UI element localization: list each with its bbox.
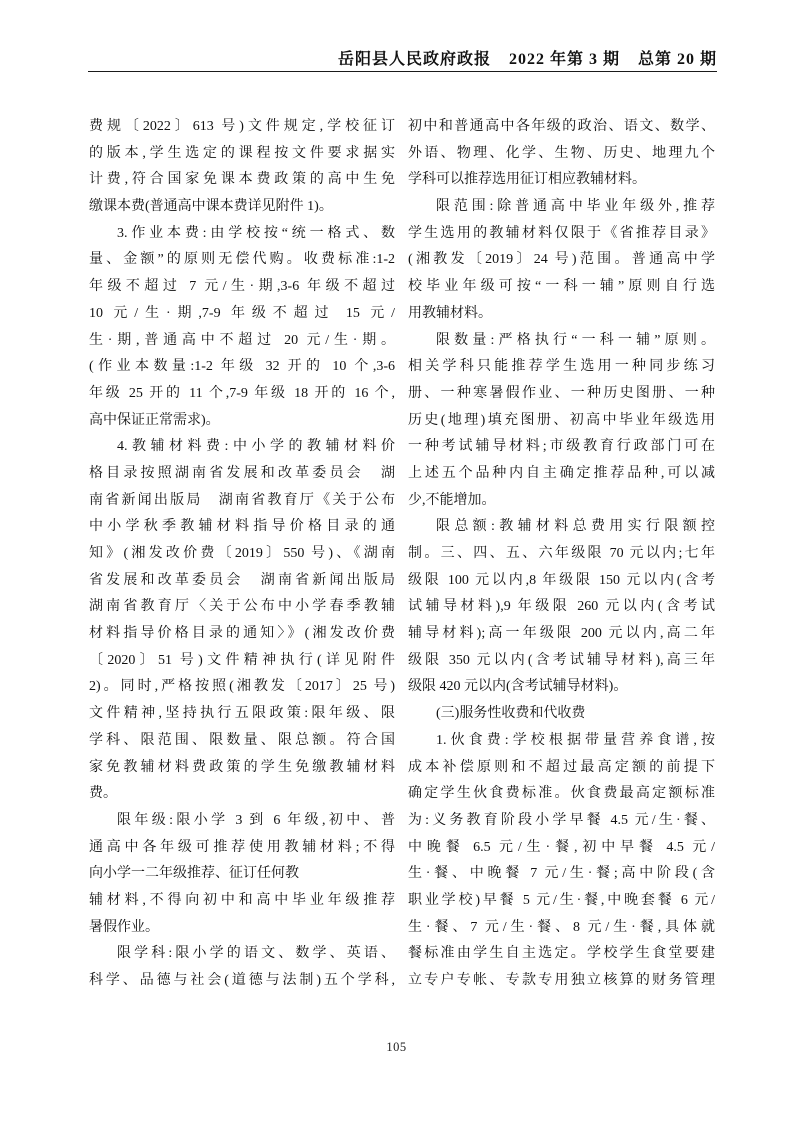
text-line: 制。三、四、五、六年级限 70 元以内;七年	[408, 541, 715, 568]
text-line: (作业本数量:1-2 年级 32 开的 10 个,3-6	[89, 354, 395, 381]
text-line: 学科、限范围、限数量、限总额。符合国	[89, 728, 395, 755]
text-line: 一种考试辅导材料;市级教育行政部门可在	[408, 434, 715, 461]
text-line: 历史(地理)填充图册、初高中毕业年级选用	[408, 408, 715, 435]
text-line: 限数量:严格执行“一科一辅”原则。	[408, 328, 715, 355]
text-line: 家免教辅材料费政策的学生免缴教辅材料	[89, 755, 395, 782]
text-line: 学科可以推荐选用征订相应教辅材料。	[408, 167, 715, 194]
text-line: 少,不能增加。	[408, 488, 715, 515]
text-line: 用教辅材料。	[408, 301, 715, 328]
text-line: 科学、品德与社会(道德与法制)五个学科,	[89, 968, 395, 995]
text-line: 省发展和改革委员会 湖南省新闻出版局	[89, 568, 395, 595]
text-line: 级限 100 元以内,8 年级限 150 元以内(含考	[408, 568, 715, 595]
text-line: 册、一种寒暑假作业、一种历史图册、一种	[408, 381, 715, 408]
header-issue: 2022 年第 3 期	[509, 51, 620, 68]
text-line: 计费,符合国家免课本费政策的高中生免	[89, 167, 395, 194]
text-line: 限年级:限小学 3 到 6 年级,初中、普	[89, 808, 395, 835]
left-column: 费规〔2022〕613 号)文件规定,学校征订的版本,学生选定的课程按文件要求据…	[89, 114, 395, 995]
header-total-issue: 总第 20 期	[638, 51, 717, 68]
text-line: 文件精神,坚持执行五限政策:限年级、限	[89, 701, 395, 728]
text-line: 辅材料,不得向初中和高中毕业年级推荐	[89, 888, 395, 915]
text-line: 试辅导材料),9 年级限 260 元以内(含考试	[408, 594, 715, 621]
text-line: 年级 25 开的 11 个,7-9 年级 18 开的 16 个,	[89, 381, 395, 408]
text-line: 1.伙食费:学校根据带量营养食谱,按	[408, 728, 715, 755]
text-line: 校毕业年级可按“一科一辅”原则自行选	[408, 274, 715, 301]
text-line: 10 元/生·期,7-9 年级不超过 15 元/	[89, 301, 395, 328]
text-line: 4.教辅材料费:中小学的教辅材料价	[89, 434, 395, 461]
text-line: 格目录按照湖南省发展和改革委员会 湖	[89, 461, 395, 488]
text-line: 餐标准由学生自主选定。学校学生食堂要建	[408, 941, 715, 968]
text-line: 级限 350 元以内(含考试辅导材料),高三年	[408, 648, 715, 675]
text-line: 立专户专帐、专款专用独立核算的财务管理	[408, 968, 715, 995]
text-line: 通高中各年级可推荐使用教辅材料;不得	[89, 835, 395, 862]
text-line: 湖南省教育厅〈关于公布中小学春季教辅	[89, 594, 395, 621]
text-line: 职业学校)早餐 5 元/生·餐,中晚套餐 6 元/	[408, 888, 715, 915]
text-line: 暑假作业。	[89, 915, 395, 942]
text-line: 中小学秋季教辅材料指导价格目录的通	[89, 514, 395, 541]
text-line: 费规〔2022〕613 号)文件规定,学校征订	[89, 114, 395, 141]
text-line: 〔2020〕51 号)文件精神执行(详见附件	[89, 648, 395, 675]
header-rule	[88, 71, 717, 72]
text-line: 中晚餐 6.5 元/生·餐,初中早餐 4.5 元/	[408, 835, 715, 862]
header-title: 岳阳县人民政府政报	[338, 51, 491, 68]
text-line: 级限 420 元以内(含考试辅导材料)。	[408, 674, 715, 701]
text-line: 学生选用的教辅材料仅限于《省推荐目录》	[408, 221, 715, 248]
gazette-page: 岳阳县人民政府政报2022 年第 3 期总第 20 期 费规〔2022〕613 …	[0, 0, 793, 1122]
text-line: (湘教发〔2019〕24 号)范围。普通高中学	[408, 247, 715, 274]
text-line: 成本补偿原则和不超过最高定额的前提下	[408, 755, 715, 782]
text-line: 限总额:教辅材料总费用实行限额控	[408, 514, 715, 541]
text-line: 知》(湘发改价费〔2019〕550 号)、《湖南	[89, 541, 395, 568]
right-column: 初中和普通高中各年级的政治、语文、数学、外语、物理、化学、生物、历史、地理九个学…	[408, 114, 715, 995]
text-line: 量、金额”的原则无偿代购。收费标准:1-2	[89, 247, 395, 274]
text-line: 限范围:除普通高中毕业年级外,推荐	[408, 194, 715, 221]
text-line: 3.作业本费:由学校按“统一格式、数	[89, 221, 395, 248]
text-line: 生·餐、7 元/生·餐、8 元/生·餐,具体就	[408, 915, 715, 942]
text-line: 向小学一二年级推荐、征订任何教	[89, 861, 395, 888]
text-line: 2)。同时,严格按照(湘教发〔2017〕25 号)	[89, 674, 395, 701]
text-line: 辅导材料);高一年级限 200 元以内,高二年	[408, 621, 715, 648]
text-line: 南省新闻出版局 湖南省教育厅《关于公布	[89, 488, 395, 515]
text-line: 缴课本费(普通高中课本费详见附件 1)。	[89, 194, 395, 221]
text-line: 生·餐、中晚餐 7 元/生·餐;高中阶段(含	[408, 861, 715, 888]
text-line: 的版本,学生选定的课程按文件要求据实	[89, 141, 395, 168]
text-line: 年级不超过 7 元/生·期,3-6 年级不超过	[89, 274, 395, 301]
text-line: 外语、物理、化学、生物、历史、地理九个	[408, 141, 715, 168]
text-line: 生·期,普通高中不超过 20 元/生·期。	[89, 328, 395, 355]
text-line: 限学科:限小学的语文、数学、英语、	[89, 941, 395, 968]
text-line: 上述五个品种内自主确定推荐品种,可以减	[408, 461, 715, 488]
text-line: 材料指导价格目录的通知〉》(湘发改价费	[89, 621, 395, 648]
text-line: 费。	[89, 781, 395, 808]
text-line: 相关学科只能推荐学生选用一种同步练习	[408, 354, 715, 381]
text-line: 确定学生伙食费标准。伙食费最高定额标准	[408, 781, 715, 808]
text-line: 初中和普通高中各年级的政治、语文、数学、	[408, 114, 715, 141]
text-line: (三)服务性收费和代收费	[408, 701, 715, 728]
page-number: 105	[0, 1040, 793, 1055]
text-line: 为:义务教育阶段小学早餐 4.5 元/生·餐、	[408, 808, 715, 835]
page-header: 岳阳县人民政府政报2022 年第 3 期总第 20 期	[338, 46, 717, 69]
text-line: 高中保证正常需求)。	[89, 408, 395, 435]
